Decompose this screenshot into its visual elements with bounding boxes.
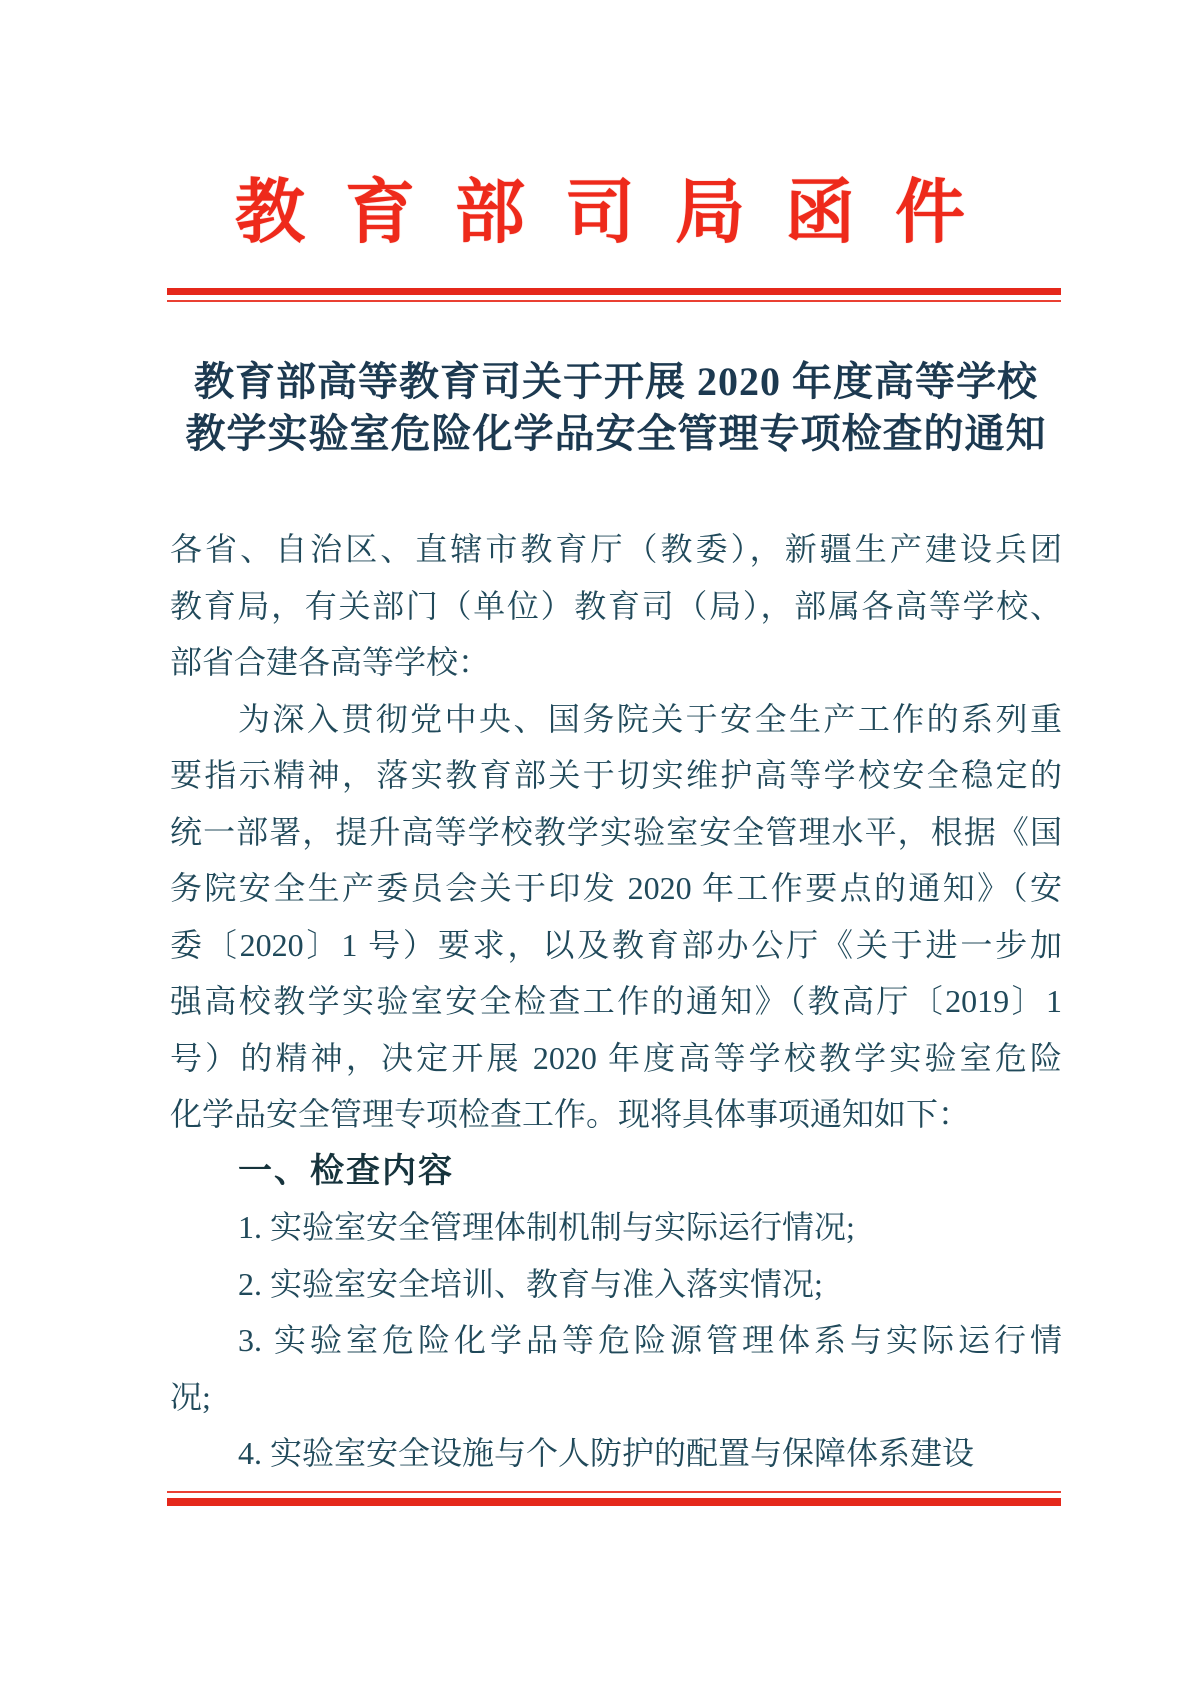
body-line: 强高校教学实验室安全检查工作的通知》（教高厅〔2019〕1 <box>170 973 1062 1030</box>
body-line: 号）的精神，决定开展 2020 年度高等学校教学实验室危险 <box>170 1030 1062 1087</box>
body-line: 委〔2020〕1 号）要求，以及教育部办公厅《关于进一步加 <box>170 917 1062 974</box>
document-title: 教育部高等教育司关于开展 2020 年度高等学校 教学实验室危险化学品安全管理专… <box>170 356 1062 460</box>
body-line: 务院安全生产委员会关于印发 2020 年工作要点的通知》（安 <box>170 860 1062 917</box>
bottom-rule-thick <box>167 1498 1061 1506</box>
body-line: 为深入贯彻党中央、国务院关于安全生产工作的系列重 <box>170 691 1062 748</box>
salutation-line: 各省、自治区、直辖市教育厅（教委），新疆生产建设兵团 <box>170 521 1062 578</box>
list-item: 1. 实验室安全管理体制机制与实际运行情况; <box>170 1199 1062 1256</box>
list-item: 2. 实验室安全培训、教育与准入落实情况; <box>170 1256 1062 1313</box>
salutation-line: 教育局，有关部门（单位）教育司（局），部属各高等学校、 <box>170 578 1062 635</box>
document-body: 各省、自治区、直辖市教育厅（教委），新疆生产建设兵团 教育局，有关部门（单位）教… <box>170 521 1062 1482</box>
section-heading: 一、检查内容 <box>170 1143 1062 1200</box>
document-title-line-1: 教育部高等教育司关于开展 2020 年度高等学校 <box>170 356 1062 408</box>
list-item: 3. 实验室危险化学品等危险源管理体系与实际运行情 <box>170 1312 1062 1369</box>
body-line: 化学品安全管理专项检查工作。现将具体事项通知如下： <box>170 1086 1062 1143</box>
letterhead-title: 教育部司局函件 <box>0 168 1200 260</box>
salutation-line: 部省合建各高等学校： <box>170 634 1062 691</box>
body-line: 统一部署，提升高等学校教学实验室安全管理水平，根据《国 <box>170 804 1062 861</box>
top-rule-thin <box>167 300 1061 302</box>
bottom-rule-thin <box>167 1491 1061 1493</box>
list-item-continuation: 况; <box>170 1369 1062 1426</box>
document-title-line-2: 教学实验室危险化学品安全管理专项检查的通知 <box>170 408 1062 460</box>
document-page: 教育部司局函件 教育部高等教育司关于开展 2020 年度高等学校 教学实验室危险… <box>0 0 1200 1696</box>
top-rule-thick <box>167 288 1061 295</box>
body-line: 要指示精神，落实教育部关于切实维护高等学校安全稳定的 <box>170 747 1062 804</box>
list-item: 4. 实验室安全设施与个人防护的配置与保障体系建设 <box>170 1425 1062 1482</box>
